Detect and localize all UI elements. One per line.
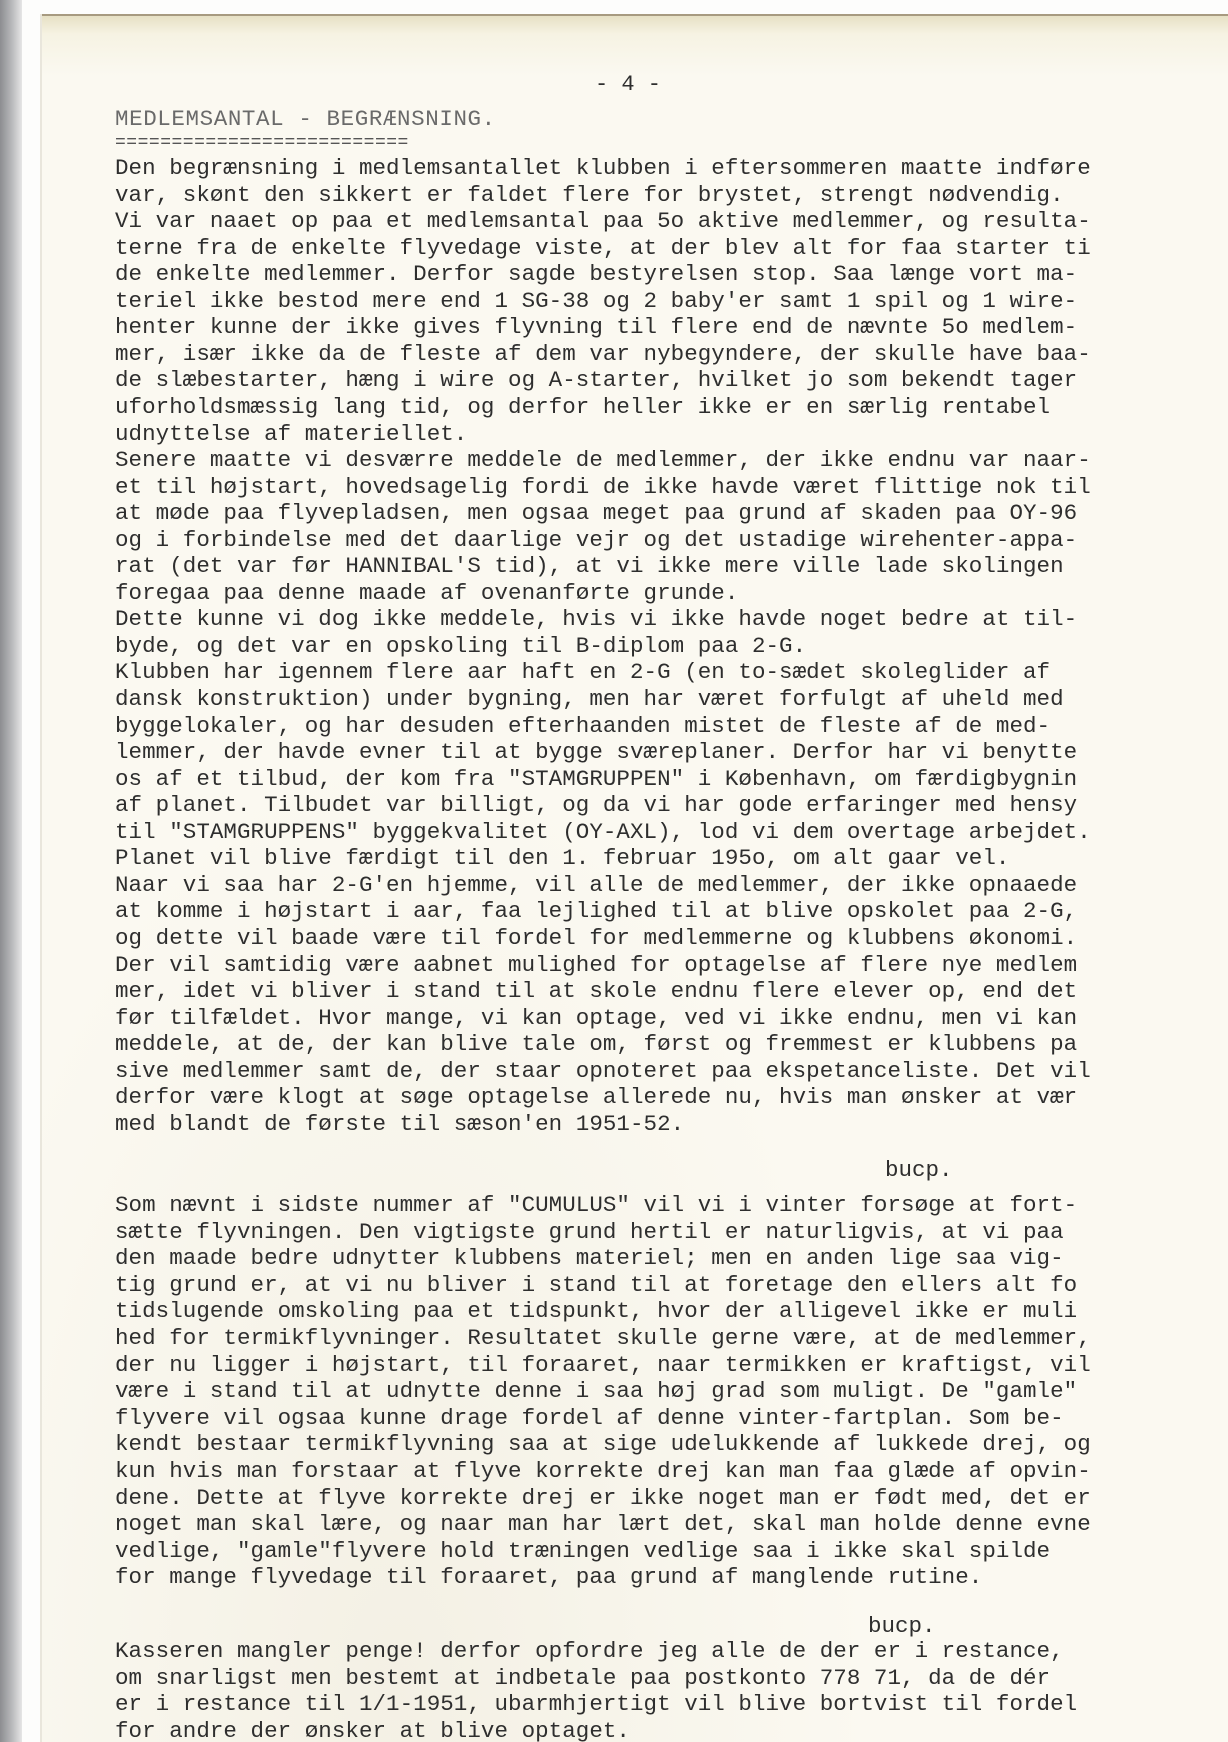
text-line: uforholdsmæssig lang tid, og derfor hell… [115,396,1050,419]
text-line: udnyttelse af materiellet. [115,423,467,446]
text-line: vedlige, "gamle"flyvere hold træningen v… [115,1540,1050,1563]
text-line: terne fra de enkelte flyvedage viste, at… [115,237,1091,260]
text-line: de enkelte medlemmer. Derfor sagde besty… [115,263,1077,286]
text-line: sætte flyvningen. Den vigtigste grund he… [115,1221,1064,1244]
text-line: kun hvis man forstaar at flyve korrekte … [115,1460,1091,1483]
text-line: tig grund er, at vi nu bliver i stand ti… [115,1274,1077,1297]
text-line: henter kunne der ikke gives flyvning til… [115,316,1077,339]
signature-1: bucp. [885,1157,953,1183]
text-line: Vi var naaet op paa et medlemsantal paa … [115,210,1091,233]
signature-2: bucp. [868,1613,936,1639]
text-line: der nu ligger i højstart, til foraaret, … [115,1354,1091,1377]
text-line: hed for termikflyvninger. Resultatet sku… [115,1327,1091,1350]
text-line: dene. Dette at flyve korrekte drej er ik… [115,1487,1091,1510]
text-line: og i forbindelse med det daarlige vejr o… [115,529,1077,552]
text-line: Kasseren mangler penge! derfor opfordre … [115,1640,1064,1663]
text-line: med blandt de første til sæson'en 1951-5… [115,1113,684,1136]
text-line: noget man skal lære, og naar man har lær… [115,1513,1091,1536]
section-heading: MEDLEMSANTAL - BEGRÆNSNING. [115,108,496,131]
text-line: at møde paa flyvepladsen, men ogsaa mege… [115,502,1077,525]
text-line: Den begrænsning i medlemsantallet klubbe… [115,157,1091,180]
scanned-document: - 4 - MEDLEMSANTAL - BEGRÆNSNING. ======… [0,0,1228,1742]
text-line: Klubben har igennem flere aar haft en 2-… [115,661,1050,684]
text-line: foregaa paa denne maade af ovenanførte g… [115,582,738,605]
text-line: byggelokaler, og har desuden efterhaande… [115,715,1050,738]
text-line: Som nævnt i sidste nummer af "CUMULUS" v… [115,1194,1077,1217]
text-line: Senere maatte vi desværre meddele de med… [115,449,1091,472]
text-line: meddele, at de, der kan blive tale om, f… [115,1033,1077,1056]
text-line: tidslugende omskoling paa et tidspunkt, … [115,1300,1077,1323]
text-line: kendt bestaar termikflyvning saa at sige… [115,1433,1091,1456]
text-line: de slæbestarter, hæng i wire og A-starte… [115,369,1077,392]
text-line: er i restance til 1/1-1951, ubarmhjertig… [115,1693,1077,1716]
text-line: til "STAMGRUPPENS" byggekvalitet (OY-AXL… [115,821,1091,844]
text-line: Planet vil blive færdigt til den 1. febr… [115,847,1009,870]
text-line: før tilfældet. Hvor mange, vi kan optage… [115,1007,1077,1030]
text-line: et til højstart, hovedsagelig fordi de i… [115,476,1091,499]
text-line: Der vil samtidig være aabnet mulighed fo… [115,954,1077,977]
text-line: af planet. Tilbudet var billigt, og da v… [115,794,1077,817]
text-line: og dette vil baade være til fordel for m… [115,927,1077,950]
text-line: teriel ikke bestod mere end 1 SG-38 og 2… [115,290,1077,313]
text-line: os af et tilbud, der kom fra "STAMGRUPPE… [115,768,1077,791]
text-line: om snarligst men bestemt at indbetale pa… [115,1667,1050,1690]
text-line: var, skønt den sikkert er faldet flere f… [115,184,1064,207]
text-line: flyvere vil ogsaa kunne drage fordel af … [115,1407,1064,1430]
scan-edge-shadow [0,0,22,1742]
text-line: være i stand til at udnytte denne i saa … [115,1380,1077,1403]
text-line: mer, idet vi bliver i stand til at skole… [115,980,1077,1003]
text-line: byde, og det var en opskoling til B-dipl… [115,635,806,658]
text-line: mer, især ikke da de fleste af dem var n… [115,343,1091,366]
text-line: for mange flyvedage til foraaret, paa gr… [115,1566,982,1589]
page-number: - 4 - [595,72,661,97]
text-line: sive medlemmer samt de, der staar opnote… [115,1060,1091,1083]
text-line: rat (det var før HANNIBAL'S tid), at vi … [115,555,1064,578]
text-line: lemmer, der havde evner til at bygge svæ… [115,741,1077,764]
text-line: Naar vi saa har 2-G'en hjemme, vil alle … [115,874,1077,897]
text-line: derfor være klogt at søge optagelse alle… [115,1086,1077,1109]
heading-underline: ========================== [115,134,409,152]
text-line: dansk konstruktion) under bygning, men h… [115,688,1064,711]
text-line: Dette kunne vi dog ikke meddele, hvis vi… [115,608,1077,631]
text-line: for andre der ønsker at blive optaget. [115,1720,630,1742]
text-line: den maade bedre udnytter klubbens materi… [115,1247,1064,1270]
text-line: at komme i højstart i aar, faa lejlighed… [115,900,1077,923]
